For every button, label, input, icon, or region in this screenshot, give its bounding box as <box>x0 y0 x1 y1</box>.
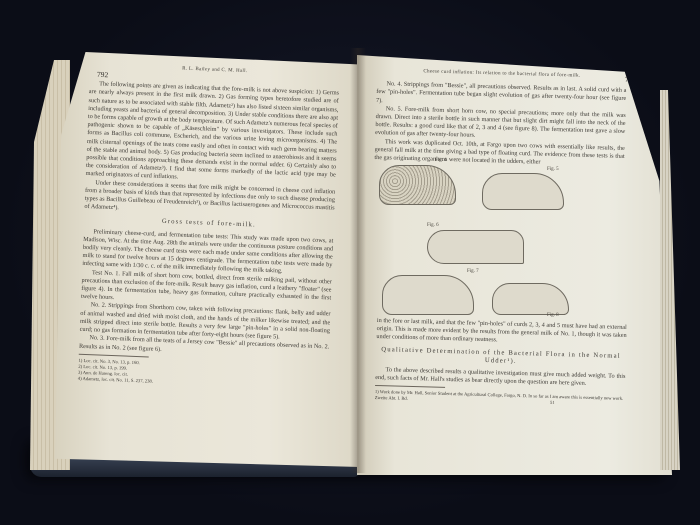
figure-label: Fig. 6 <box>427 223 439 228</box>
right-page-lower-body: in the fore or last milk, and that the f… <box>375 317 627 408</box>
right-section-heading: Qualitative Determination of the Bacteri… <box>376 346 626 369</box>
right-page-body: Cheese curd inflation: Its relation to t… <box>374 67 627 169</box>
figure-8-curd <box>492 283 569 315</box>
footnote-rule <box>79 353 149 357</box>
figure-4-curd <box>379 165 456 205</box>
left-paragraph: The following points are given as indica… <box>86 80 340 188</box>
left-page-body: R. L. Bailey and C. M. Hall. The followi… <box>78 62 340 391</box>
figure-5-curd <box>482 173 564 210</box>
figure-label: Fig. 5 <box>547 167 559 172</box>
footnote-rule <box>375 385 445 388</box>
right-paragraph: in the fore or last milk, and that the f… <box>376 317 627 349</box>
left-page: 792 R. L. Bailey and C. M. Hall. The fol… <box>55 52 360 467</box>
figure-label: Fig. 8 <box>547 313 559 318</box>
book-gutter <box>350 48 366 473</box>
signature-text: Zweite Abt. I. Bd. <box>375 395 408 402</box>
figure-label: Fig. 7 <box>467 269 479 274</box>
figure-7-curd <box>382 275 474 315</box>
figure-6-curd <box>427 230 524 264</box>
right-page: 793 Cheese curd inflation: Its relation … <box>357 55 672 475</box>
signature-mark: 51 <box>550 400 555 406</box>
figure-label: Fig. 4 <box>435 158 447 163</box>
